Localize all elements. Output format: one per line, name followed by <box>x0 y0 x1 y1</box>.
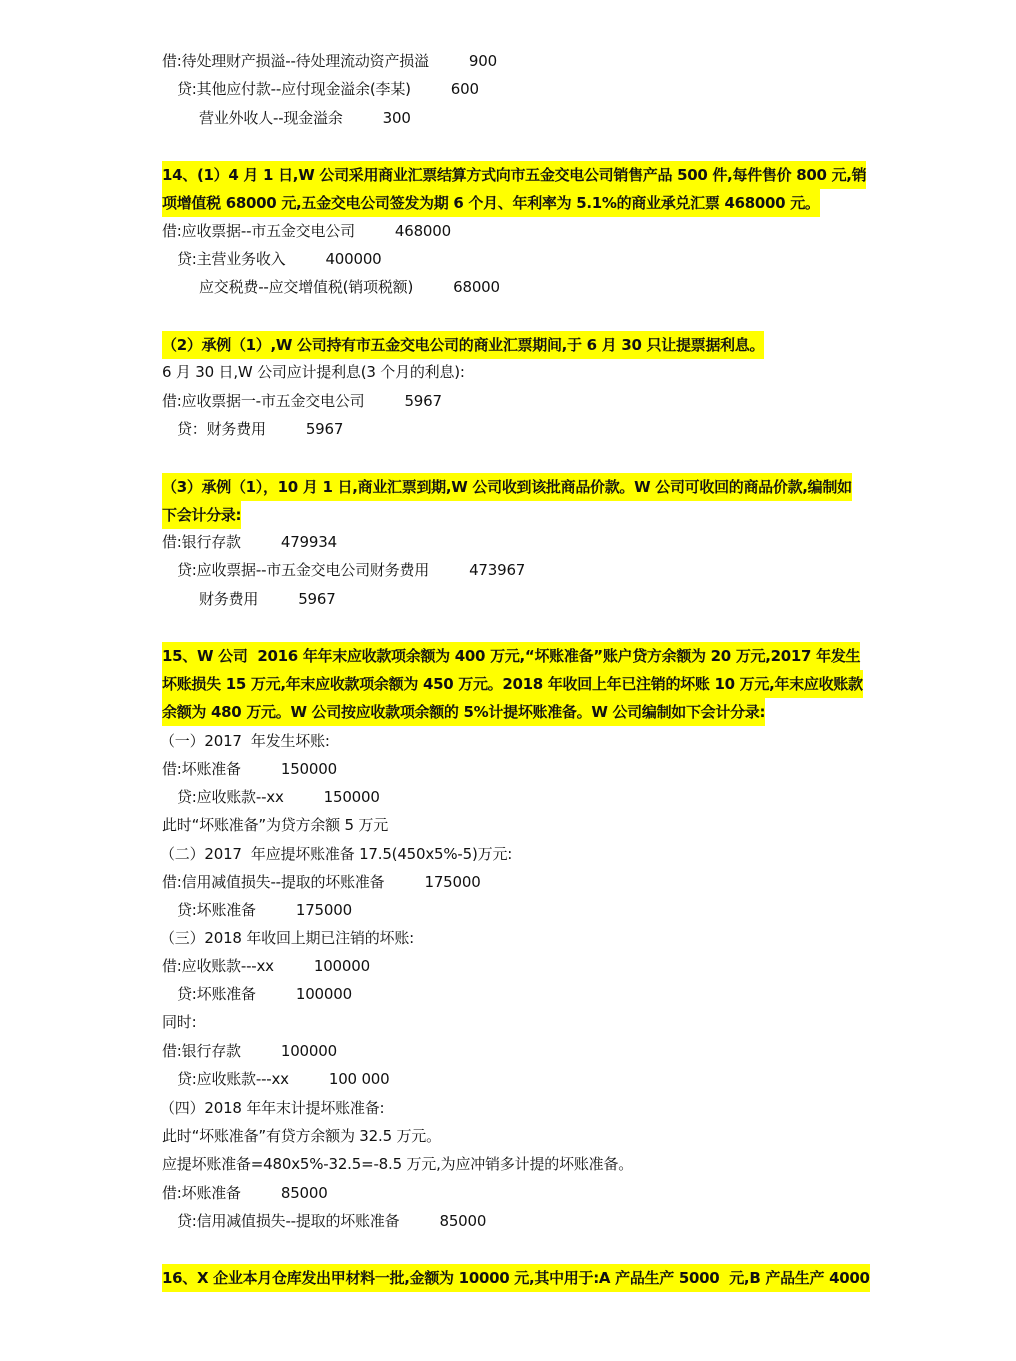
entry-line: 借:应收票据--市五金交电公司468000 <box>162 217 451 245</box>
entry-label: 应交税费--应交增值税(销项税额) <box>199 278 413 296</box>
entry-amount: 150000 <box>324 783 380 811</box>
section-title: （四）2018 年年末计提坏账准备: <box>160 1094 384 1122</box>
entry-line: 贷:信用减值损失--提取的坏账准备85000 <box>177 1207 486 1235</box>
entry-line: 贷:坏账准备175000 <box>177 896 352 924</box>
entry-line: 借:应收账款---xx100000 <box>162 952 370 980</box>
entry-label: 财务费用 <box>199 590 258 608</box>
entry-line: 借:应收票据一-市五金交电公司5967 <box>162 387 442 415</box>
question-heading: 14、(1）4 月 1 日,W 公司采用商业汇票结算方式向市五金交电公司销售产品… <box>162 161 866 189</box>
section-title: （二）2017 年应提坏账准备 17.5(450x5%-5)万元: <box>160 840 512 868</box>
note-line: 此时“坏账准备”为贷方余额 5 万元 <box>162 811 388 839</box>
entry-amount: 100 000 <box>329 1065 390 1093</box>
entry-label: 贷:应收票据--市五金交电公司财务费用 <box>177 561 429 579</box>
entry-label: 贷:信用减值损失--提取的坏账准备 <box>177 1212 399 1230</box>
entry-line: 贷：财务费用5967 <box>177 415 343 443</box>
document-page: 借:待处理财产损溢--待处理流动资产损溢900 贷:其他应付款--应付现金溢余(… <box>0 0 1016 1361</box>
entry-amount: 600 <box>451 75 479 103</box>
entry-line: 借:银行存款100000 <box>162 1037 337 1065</box>
entry-amount: 900 <box>469 47 497 75</box>
note-line: 此时“坏账准备”有贷方余额为 32.5 万元。 <box>162 1122 441 1150</box>
entry-label: 贷:应收账款--xx <box>177 788 284 806</box>
entry-label: 借:应收票据一-市五金交电公司 <box>162 392 364 410</box>
entry-label: 贷：财务费用 <box>177 420 266 438</box>
question-heading: 余额为 480 万元。W 公司按应收款项余额的 5%计提坏账准备。W 公司编制如… <box>162 698 765 726</box>
question-heading: 项增值税 68000 元,五金交电公司签发为期 6 个月、年利率为 5.1%的商… <box>162 189 820 217</box>
question-heading: （2）承例（1）,W 公司持有市五金交电公司的商业汇票期间,于 6 月 30 只… <box>162 331 764 359</box>
entry-amount: 100000 <box>296 980 352 1008</box>
entry-line: 贷:坏账准备100000 <box>177 980 352 1008</box>
entry-label: 借:应收票据--市五金交电公司 <box>162 222 355 240</box>
entry-line: 贷:应收账款--xx150000 <box>177 783 380 811</box>
entry-line: 借:坏账准备85000 <box>162 1179 328 1207</box>
entry-label: 借:应收账款---xx <box>162 957 274 975</box>
entry-line: 营业外收人--现金溢余300 <box>199 104 411 132</box>
section-title: （三）2018 年收回上期已注销的坏账: <box>160 924 414 952</box>
question-heading: 16、X 企业本月仓库发出甲材料一批,金额为 10000 元,其中用于:A 产品… <box>162 1264 870 1292</box>
entry-label: 借:坏账准备 <box>162 1184 241 1202</box>
note-line: 应提坏账准备=480x5%-32.5=-8.5 万元,为应冲销多计提的坏账准备。 <box>162 1150 633 1178</box>
entry-amount: 400000 <box>325 245 381 273</box>
entry-amount: 468000 <box>395 217 451 245</box>
entry-line: 贷:其他应付款--应付现金溢余(李某)600 <box>177 75 479 103</box>
entry-label: 借:坏账准备 <box>162 760 241 778</box>
entry-line: 财务费用5967 <box>199 585 336 613</box>
entry-amount: 175000 <box>424 868 480 896</box>
question-heading: 15、W 公司 2016 年年末应收款项余额为 400 万元,“坏账准备”账户贷… <box>162 642 860 670</box>
entry-label: 贷:应收账款---xx <box>177 1070 289 1088</box>
entry-label: 贷:坏账准备 <box>177 985 256 1003</box>
note-line: 6 月 30 日,W 公司应计提利息(3 个月的利息): <box>162 358 465 386</box>
question-heading: 坏账损失 15 万元,年末应收款项余额为 450 万元。2018 年收回上年已注… <box>162 670 863 698</box>
entry-label: 贷:坏账准备 <box>177 901 256 919</box>
entry-label: 贷:其他应付款--应付现金溢余(李某) <box>177 80 411 98</box>
entry-amount: 150000 <box>281 755 337 783</box>
entry-label: 借:信用减值损失--提取的坏账准备 <box>162 873 384 891</box>
entry-line: 应交税费--应交增值税(销项税额)68000 <box>199 273 500 301</box>
entry-line: 借:坏账准备150000 <box>162 755 337 783</box>
entry-amount: 85000 <box>281 1179 328 1207</box>
entry-line: 贷:应收账款---xx100 000 <box>177 1065 390 1093</box>
question-heading: （3）承例（1），10 月 1 日,商业汇票到期,W 公司收到该批商品价款。W … <box>162 473 852 501</box>
entry-amount: 100000 <box>281 1037 337 1065</box>
note-line: 同时: <box>162 1008 196 1036</box>
entry-line: 借:信用减值损失--提取的坏账准备175000 <box>162 868 481 896</box>
entry-label: 借:银行存款 <box>162 1042 241 1060</box>
entry-amount: 5967 <box>298 585 335 613</box>
entry-amount: 100000 <box>314 952 370 980</box>
question-heading: 下会计分录: <box>162 501 241 529</box>
section-title: （一）2017 年发生坏账: <box>160 727 330 755</box>
entry-amount: 300 <box>383 104 411 132</box>
entry-label: 借:银行存款 <box>162 533 241 551</box>
entry-amount: 175000 <box>296 896 352 924</box>
entry-label: 借:待处理财产损溢--待处理流动资产损溢 <box>162 52 429 70</box>
entry-amount: 5967 <box>404 387 441 415</box>
entry-line: 贷:应收票据--市五金交电公司财务费用473967 <box>177 556 525 584</box>
entry-amount: 479934 <box>281 528 337 556</box>
entry-label: 营业外收人--现金溢余 <box>199 109 343 127</box>
entry-line: 借:银行存款479934 <box>162 528 337 556</box>
entry-line: 借:待处理财产损溢--待处理流动资产损溢900 <box>162 47 497 75</box>
entry-amount: 5967 <box>306 415 343 443</box>
entry-amount: 473967 <box>469 556 525 584</box>
entry-amount: 68000 <box>453 273 500 301</box>
entry-amount: 85000 <box>439 1207 486 1235</box>
entry-line: 贷:主营业务收入400000 <box>177 245 382 273</box>
entry-label: 贷:主营业务收入 <box>177 250 285 268</box>
